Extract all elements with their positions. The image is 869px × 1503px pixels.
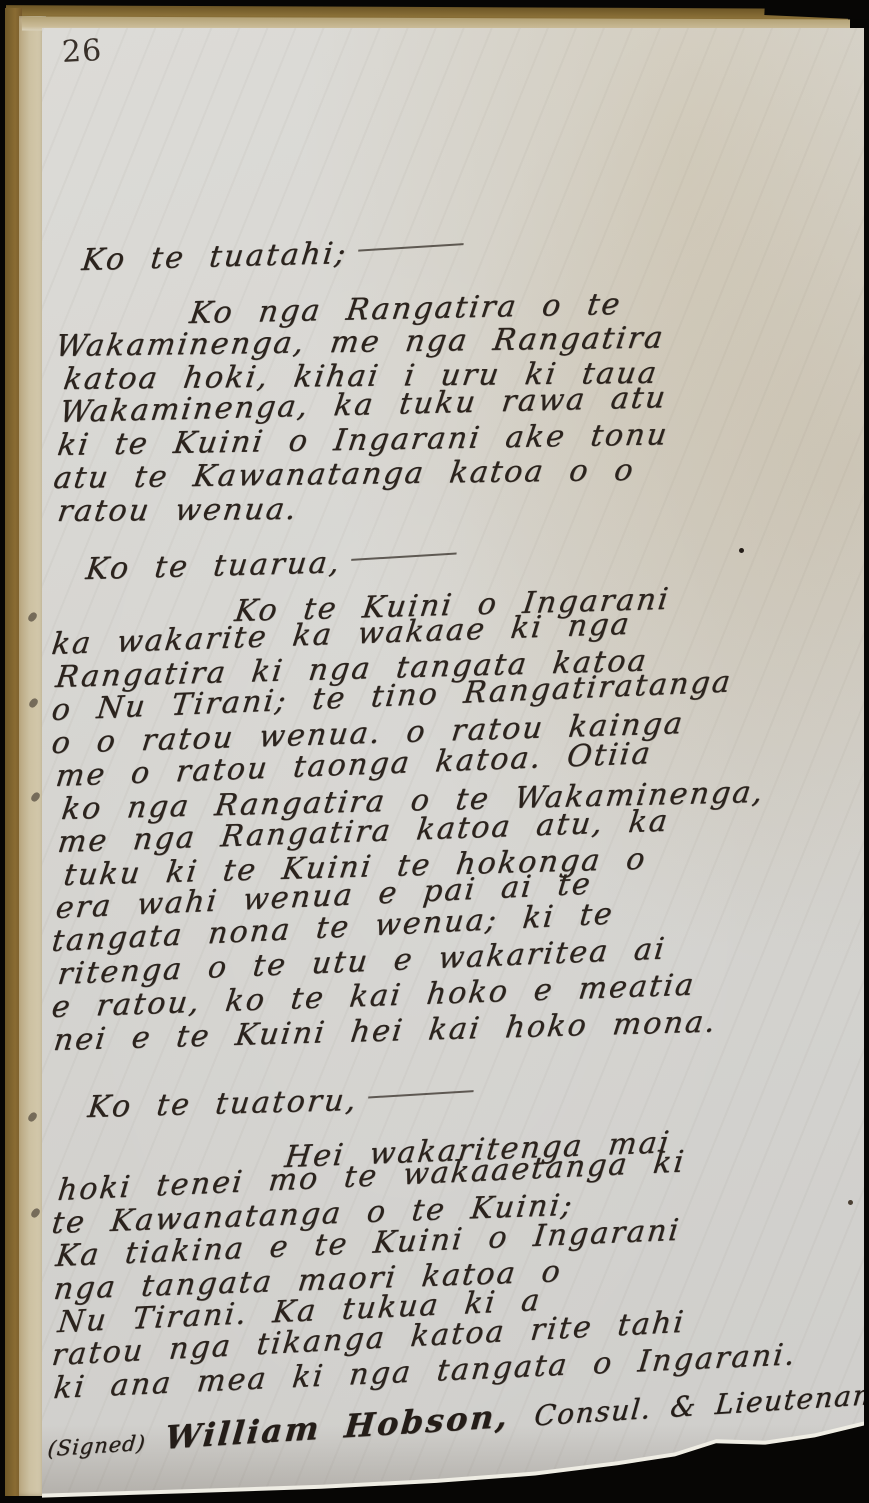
text-line: ratou wenua. — [56, 487, 865, 527]
article-2-text: Ko te Kuini o Ingarani ka wakarite ka wa… — [50, 594, 862, 1056]
article-3-heading: Ko te tuatoru, — [86, 1080, 475, 1125]
ink-speck — [848, 1200, 853, 1205]
article-3-text: Hei wakaritenga mai hoki tenei mo te wak… — [50, 1140, 862, 1404]
article-1-text: Ko nga Rangatira o te Wakaminenga, me ng… — [50, 296, 862, 527]
article-2-heading: Ko te tuarua, — [84, 542, 458, 587]
signatory-name: William Hobson, — [163, 1397, 511, 1457]
page-edge-stack-left — [19, 16, 46, 1496]
signed-annotation: (Signed) — [46, 1431, 146, 1461]
page-number: 26 — [61, 33, 103, 70]
manuscript-photo: 26 Ko te tuatahi; Ko nga Rangatira o te … — [0, 0, 869, 1503]
article-1-heading: Ko te tuatahi; — [80, 233, 465, 278]
ink-speck — [739, 548, 744, 553]
manuscript-page: 26 Ko te tuatahi; Ko nga Rangatira o te … — [42, 28, 864, 1498]
